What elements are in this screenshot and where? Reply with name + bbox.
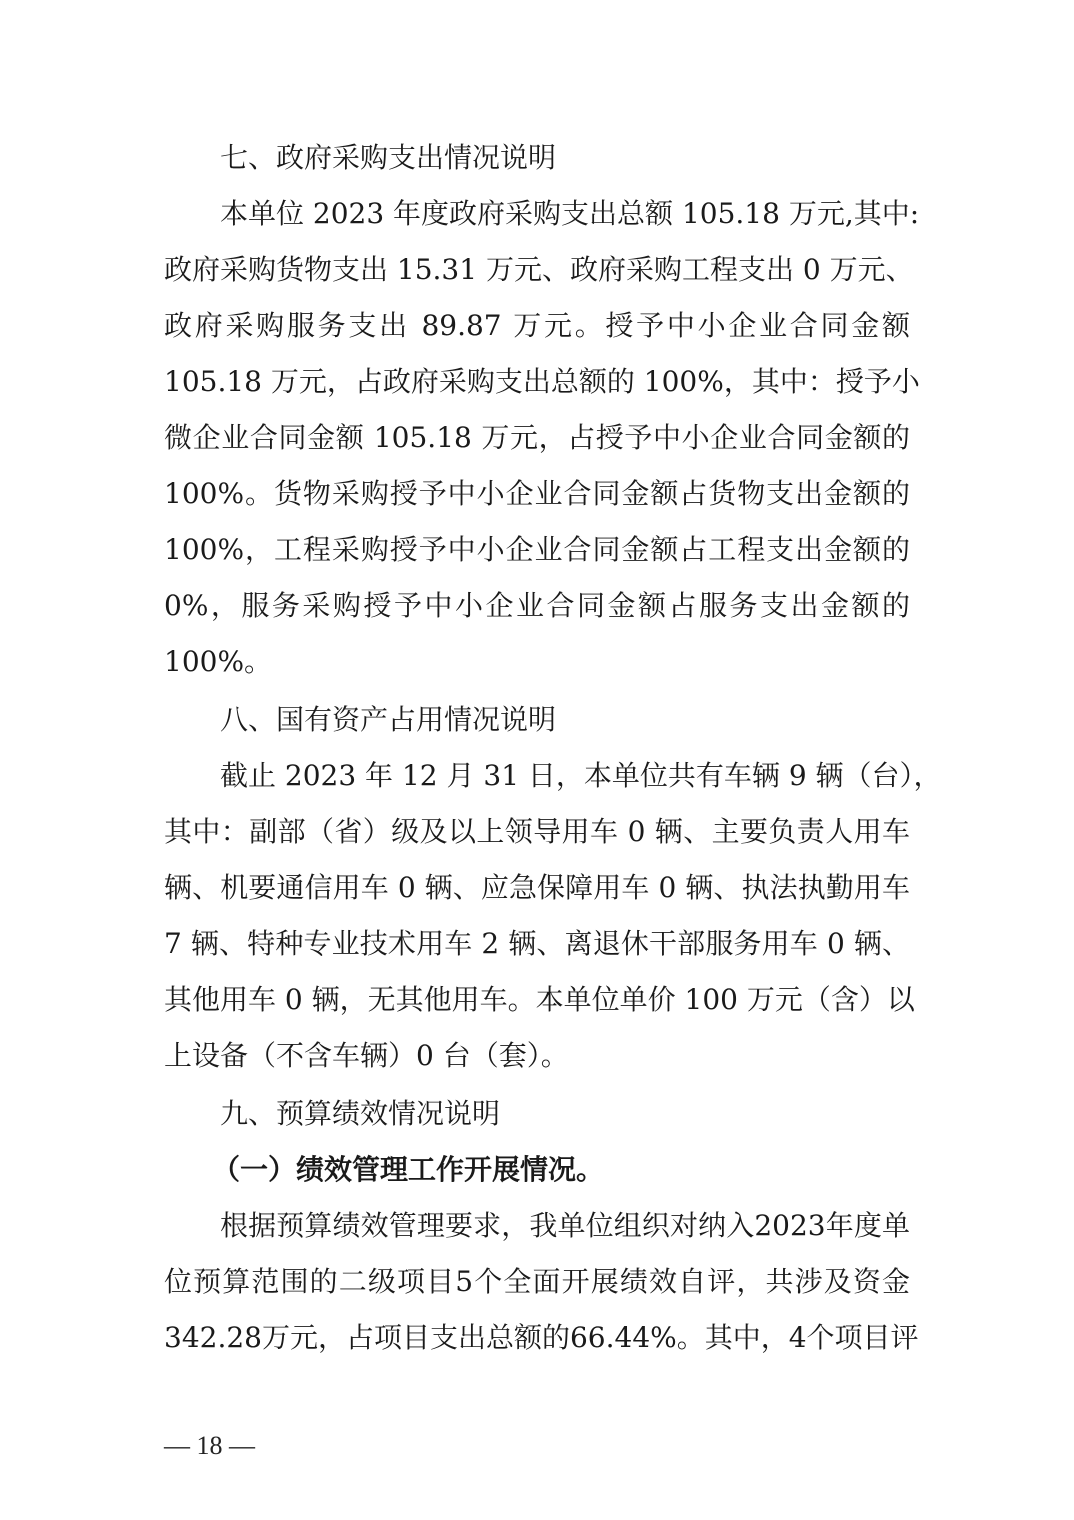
section-heading-state-assets: 八、国有资产占用情况说明	[220, 700, 910, 740]
paragraph-line: 其他用车 0 辆，无其他用车。本单位单价 100 万元（含）以	[164, 980, 910, 1020]
paragraph-line: 辆、机要通信用车 0 辆、应急保障用车 0 辆、执法执勤用车	[164, 868, 910, 908]
paragraph-line: 政府采购货物支出 15.31 万元、政府采购工程支出 0 万元、	[164, 250, 910, 290]
paragraph-line: 上设备（不含车辆）0 台（套）。	[164, 1036, 910, 1076]
paragraph-line: 政府采购服务支出 89.87 万元。授予中小企业合同金额	[164, 306, 910, 346]
paragraph-line: 微企业合同金额 105.18 万元，占授予中小企业合同金额的	[164, 418, 910, 458]
document-page: 七、政府采购支出情况说明 本单位 2023 年度政府采购支出总额 105.18 …	[0, 0, 1074, 1520]
paragraph-line: 7 辆、特种专业技术用车 2 辆、离退休干部服务用车 0 辆、	[164, 924, 910, 964]
paragraph-line: 0%，服务采购授予中小企业合同金额占服务支出金额的	[164, 586, 910, 626]
paragraph-line: 截止 2023 年 12 月 31 日，本单位共有车辆 9 辆（台），	[220, 756, 910, 796]
section-heading-government-procurement: 七、政府采购支出情况说明	[220, 138, 910, 178]
paragraph-line: 位预算范围的二级项目5个全面开展绩效自评，共涉及资金	[164, 1262, 910, 1302]
section-heading-budget-performance: 九、预算绩效情况说明	[220, 1094, 910, 1134]
paragraph-line: 105.18 万元，占政府采购支出总额的 100%，其中：授予小	[164, 362, 910, 402]
paragraph-line: 其中：副部（省）级及以上领导用车 0 辆、主要负责人用车	[164, 812, 910, 852]
paragraph-line: 100%。	[164, 642, 910, 682]
subsection-heading-performance-management: （一）绩效管理工作开展情况。	[212, 1150, 902, 1190]
paragraph-line: 本单位 2023 年度政府采购支出总额 105.18 万元,其中:	[220, 194, 910, 234]
page-number: — 18 —	[164, 1426, 255, 1466]
paragraph-line: 100%，工程采购授予中小企业合同金额占工程支出金额的	[164, 530, 910, 570]
paragraph-line: 342.28万元，占项目支出总额的66.44%。其中，4个项目评	[164, 1318, 910, 1358]
paragraph-line: 100%。货物采购授予中小企业合同金额占货物支出金额的	[164, 474, 910, 514]
paragraph-line: 根据预算绩效管理要求，我单位组织对纳入2023年度单	[220, 1206, 910, 1246]
